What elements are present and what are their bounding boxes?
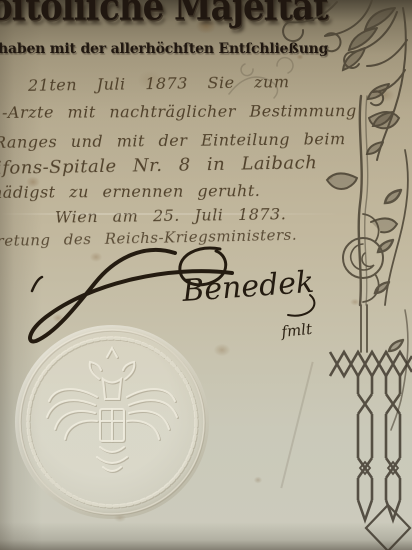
handwritten-line-ernennen: nädigst zu ernennen geruht. (0, 181, 260, 202)
handwritten-line-wien-date: Wien am 25. Juli 1873. (55, 204, 287, 226)
document-photo: oſtoliſche Majeſtät haben mit der allerh… (0, 0, 412, 550)
interlaced-lattice-icon (330, 352, 412, 550)
double-headed-eagle-icon (15, 325, 209, 519)
embossed-seal (15, 325, 209, 519)
handwritten-line-spital-laibach: ifons-Spitale Nr. 8 in Laibach (0, 152, 317, 179)
ornamental-border (277, 0, 412, 550)
